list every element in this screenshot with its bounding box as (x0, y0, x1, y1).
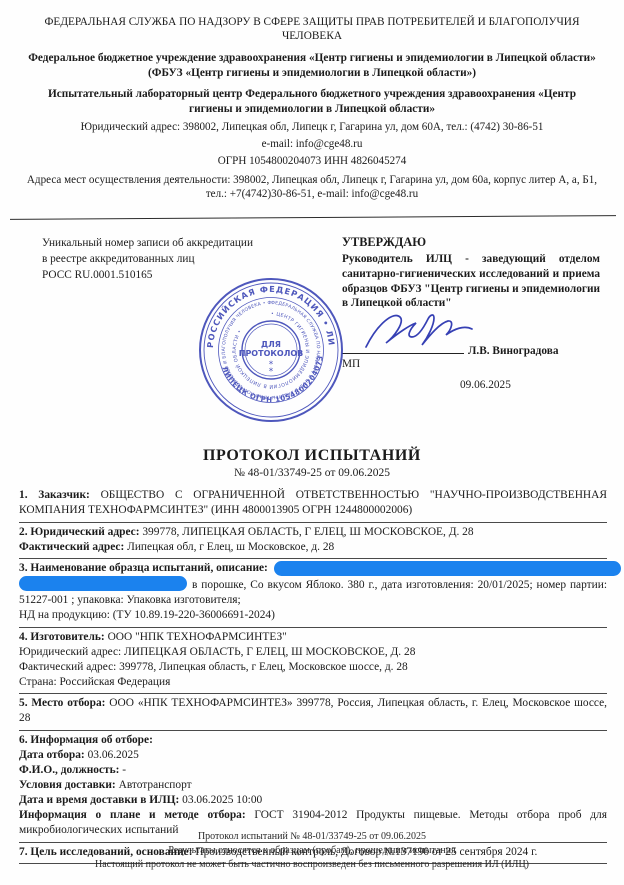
approve-heading: УТВЕРЖДАЮ (342, 235, 600, 250)
fio-label: Ф.И.О., должность: (19, 764, 119, 776)
sampling-place-label: 5. Место отбора: (19, 697, 105, 709)
federal-service-name: ФЕДЕРАЛЬНАЯ СЛУЖБА ПО НАДЗОРУ В СФЕРЕ ЗА… (32, 15, 592, 44)
sampling-method-label: Информация о плане и методе отбора: (19, 809, 246, 821)
redaction-bar-2 (19, 576, 187, 591)
section-sample-name: 3. Наименование образца испытаний, описа… (19, 559, 607, 628)
manufacturer-country: Страна: Российская Федерация (19, 675, 607, 690)
actual-address-label: Фактический адрес: (19, 541, 124, 553)
email-line: e-mail: info@cge48.ru (0, 137, 624, 151)
letterhead: ФЕДЕРАЛЬНАЯ СЛУЖБА ПО НАДЗОРУ В СФЕРЕ ЗА… (0, 0, 624, 202)
organization-name: Федеральное бюджетное учреждение здравоо… (25, 51, 599, 80)
sample-name-label: 3. Наименование образца испытаний, описа… (19, 561, 268, 576)
section-customer: 1. Заказчик: ОБЩЕСТВО С ОГРАНИЧЕННОЙ ОТВ… (19, 486, 607, 522)
delivery-datetime-label: Дата и время доставки в ИЛЦ: (19, 794, 179, 806)
protocol-title-block: ПРОТОКОЛ ИСПЫТАНИЙ № 48-01/33749-25 от 0… (0, 447, 624, 479)
footer-reproduction-note: Настоящий протокол не может быть частичн… (0, 858, 624, 872)
section-manufacturer: 4. Изготовитель: ООО "НПК ТЕХНОФАРМСИНТЕ… (19, 628, 607, 695)
scanned-protocol-document: ФЕДЕРАЛЬНАЯ СЛУЖБА ПО НАДЗОРУ В СФЕРЕ ЗА… (0, 0, 624, 885)
sampling-info-label: 6. Информация об отборе: (19, 734, 153, 746)
delivery-conditions-label: Условия доставки: (19, 779, 116, 791)
delivery-datetime-value: 03.06.2025 10:00 (182, 794, 262, 806)
ogrn-inn-line: ОГРН 1054800204073 ИНН 4826045274 (0, 154, 624, 168)
round-stamp-for-protocols: РОССИЙСКАЯ ФЕДЕРАЦИЯ • ЛИПЕЦКАЯ ОБЛАСТЬ … (196, 275, 346, 425)
footer-protocol-number: Протокол испытаний № 48-01/33749-25 от 0… (0, 830, 624, 844)
legal-address-value: 399778, ЛИПЕЦКАЯ ОБЛАСТЬ, Г ЕЛЕЦ, Ш МОСК… (142, 526, 473, 538)
stamp-star-2: * (269, 367, 274, 377)
approver-role: Руководитель ИЛЦ - заведующий отделом са… (342, 252, 600, 312)
manufacturer-legal-address: Юридический адрес: ЛИПЕЦКАЯ ОБЛАСТЬ, Г Е… (19, 645, 607, 660)
section-sampling-place: 5. Место отбора: ООО «НПК ТЕХНОФАРМСИНТЕ… (19, 694, 607, 730)
protocol-sections: 1. Заказчик: ОБЩЕСТВО С ОГРАНИЧЕННОЙ ОТВ… (19, 486, 607, 863)
protocol-title: ПРОТОКОЛ ИСПЫТАНИЙ (0, 447, 624, 465)
protocol-number: № 48-01/33749-25 от 09.06.2025 (0, 467, 624, 479)
handwritten-signature (360, 309, 490, 353)
approval-block: УТВЕРЖДАЮ Руководитель ИЛЦ - заведующий … (342, 235, 600, 392)
footer-results-note: Результаты относятся к образцам (пробам)… (0, 844, 624, 858)
stamp-center-line1: ДЛЯ (261, 340, 281, 349)
signature-area: Л.В. Виноградова (342, 341, 600, 357)
header-separator-line (10, 215, 616, 220)
redaction-bar-1 (274, 561, 621, 576)
manufacturer-value: ООО "НПК ТЕХНОФАРМСИНТЕЗ" (108, 631, 287, 643)
nd-label: НД на продукцию: (19, 609, 110, 621)
legal-address: Юридический адрес: 398002, Липецкая обл,… (0, 120, 624, 134)
manufacturer-actual-address: Фактический адрес: 399778, Липецкая обла… (19, 660, 607, 675)
mp-label: МП (342, 358, 600, 370)
sampling-date-label: Дата отбора: (19, 749, 85, 761)
sampling-place-value: ООО «НПК ТЕХНОФАРМСИНТЕЗ» 399778, Россия… (19, 697, 607, 724)
sampling-date-value: 03.06.2025 (88, 749, 139, 761)
delivery-conditions-value: Автотранспорт (119, 779, 192, 791)
nd-value: (ТУ 10.89.19-220-36006691-2024) (113, 609, 275, 621)
section-sampling-info: 6. Информация об отборе: Дата отбора: 03… (19, 731, 607, 843)
page-footer: Протокол испытаний № 48-01/33749-25 от 0… (0, 830, 624, 872)
accreditation-line1: Уникальный номер записи об аккредитации (42, 235, 342, 251)
stamp-center-line2: ПРОТОКОЛОВ (239, 349, 304, 358)
activity-addresses: Адреса мест осуществления деятельности: … (25, 173, 599, 202)
customer-label: 1. Заказчик: (19, 489, 90, 501)
fio-value: - (122, 764, 126, 776)
section-legal-address: 2. Юридический адрес: 399778, ЛИПЕЦКАЯ О… (19, 523, 607, 559)
accreditation-line2: в реестре аккредитованных лиц (42, 251, 342, 267)
actual-address-value: Липецкая обл, г Елец, ш Московское, д. 2… (127, 541, 334, 553)
legal-address-label: 2. Юридический адрес: (19, 526, 140, 538)
customer-value: ОБЩЕСТВО С ОГРАНИЧЕННОЙ ОТВЕТСТВЕННОСТЬЮ… (19, 489, 607, 516)
testing-lab-center-name: Испытательный лабораторный центр Федерал… (32, 87, 592, 116)
approval-date: 09.06.2025 (460, 379, 600, 391)
manufacturer-label: 4. Изготовитель: (19, 631, 105, 643)
approval-row: Уникальный номер записи об аккредитации … (0, 235, 624, 392)
